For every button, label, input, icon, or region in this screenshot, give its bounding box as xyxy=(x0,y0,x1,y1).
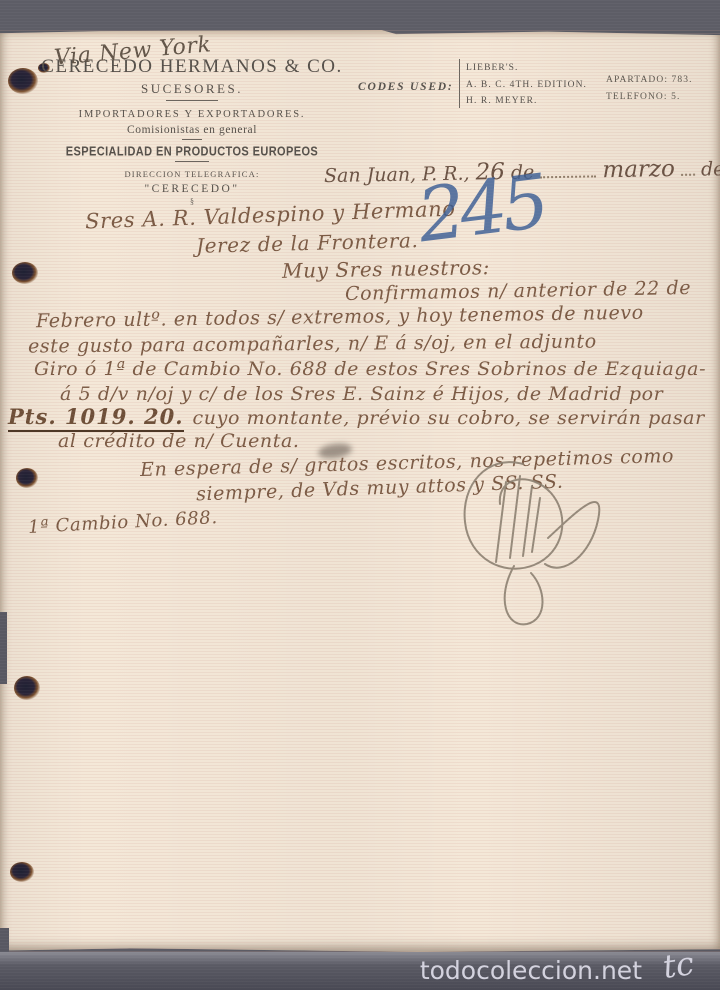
apartado-line: APARTADO: 783. xyxy=(606,72,693,89)
paper-edge-gap xyxy=(0,928,9,952)
business-line-1: IMPORTADORES Y EXPORTADORES. xyxy=(22,109,362,120)
punch-hole xyxy=(10,862,34,882)
company-subtitle: SUCESORES. xyxy=(22,81,362,97)
telefono-line: TELEFONO: 5. xyxy=(606,89,693,106)
telegraph-label: DIRECCION TELEGRAFICA: xyxy=(22,169,362,179)
code-item: LIEBER'S. xyxy=(466,60,587,77)
amount-line: Pts. 1019. 20.cuyo montante, prévio su c… xyxy=(8,404,705,429)
divider xyxy=(182,139,202,140)
codes-used-label: CODES USED: xyxy=(358,81,454,93)
scanned-letter-page: Via New York CERECEDO HERMANOS & CO. SUC… xyxy=(0,0,720,990)
code-item: A. B. C. 4TH. EDITION. xyxy=(466,77,587,94)
amount-value: Pts. 1019. 20. xyxy=(8,404,184,432)
specialty-line: ESPECIALIDAD EN PRODUCTOS EUROPEOS xyxy=(22,145,362,159)
watermark-site: todocoleccion.net xyxy=(420,956,642,985)
code-item: H. R. MEYER. xyxy=(466,93,587,110)
punch-hole xyxy=(14,676,40,700)
watermark-bar: todocoleccion.net tc xyxy=(0,952,720,990)
cable-name: "CERECEDO" xyxy=(22,183,362,195)
divider xyxy=(175,161,209,162)
codes-list: LIEBER'S. A. B. C. 4TH. EDITION. H. R. M… xyxy=(466,60,587,110)
dotted-rule xyxy=(681,160,695,176)
dateline-de-year: de 190 xyxy=(701,157,720,180)
business-line-2: Comisionistas en general xyxy=(22,124,362,136)
tc-logo-icon: tc xyxy=(661,944,697,986)
body-line: al crédito de n/ Cuenta. xyxy=(58,430,300,452)
divider xyxy=(459,59,460,108)
divider xyxy=(166,100,218,101)
punch-hole xyxy=(16,468,38,488)
punch-hole xyxy=(12,262,38,284)
salutation: Muy Sres nuestros: xyxy=(282,255,490,283)
dotted-rule xyxy=(540,161,596,178)
contact-block: APARTADO: 783. TELEFONO: 5. xyxy=(606,72,693,106)
blue-pencil-number: 245 xyxy=(413,159,549,260)
body-line: Giro ó 1ª de Cambio No. 688 de estos Sre… xyxy=(34,358,706,380)
signature-flourish xyxy=(428,446,628,631)
paper-edge-gap xyxy=(0,612,7,684)
body-line: á 5 d/v n/oj y c/ de los Sres E. Sainz é… xyxy=(60,383,663,405)
amount-rest: cuyo montante, prévio su cobro, se servi… xyxy=(193,407,705,429)
letterhead: CERECEDO HERMANOS & CO. SUCESORES. IMPOR… xyxy=(22,56,362,206)
dateline-month: marzo xyxy=(602,156,675,183)
